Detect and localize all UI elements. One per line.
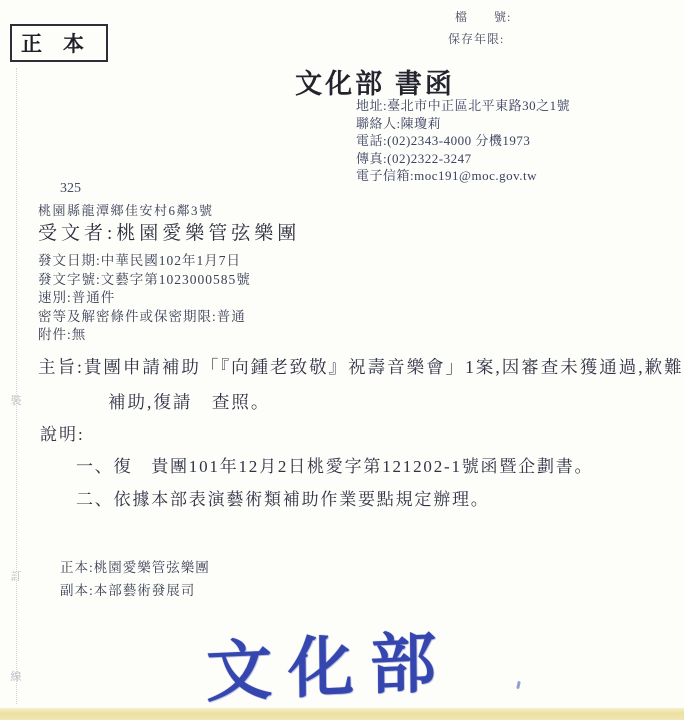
- contact-email-line: 電子信箱:moc191@moc.gov.tw: [356, 167, 570, 185]
- explanation-item: 一、復 貴團101年12月2日桃愛字第121202-1號函暨企劃書。: [76, 452, 593, 477]
- copy-to-cc: 副本:本部藝術發展司: [60, 579, 210, 602]
- file-number-block: 檔 號: 保存年限:: [448, 6, 511, 50]
- original-copy-stamp-box: 正 本: [10, 24, 108, 62]
- scan-edge-strip: [0, 708, 684, 720]
- contact-address-line: 地址:臺北市中正區北平東路30之1號: [356, 97, 570, 115]
- issue-date-line: 發文日期:中華民國102年1月7日: [38, 252, 251, 271]
- retention-period-label: 保存年限:: [448, 28, 511, 50]
- speed-class-line: 速別:普通件: [38, 289, 251, 308]
- ink-mark: [516, 681, 521, 689]
- document-title: 文化部 書函: [0, 62, 684, 101]
- issue-number-line: 發文字號:文藝字第1023000585號: [38, 271, 251, 290]
- binding-mark: 訂: [9, 568, 23, 584]
- agency-contact-block: 地址:臺北市中正區北平東路30之1號 聯絡人:陳瓊莉 電話:(02)2343-4…: [356, 97, 570, 185]
- explanation-item: 二、依據本部表演藝術類補助作業要點規定辦理。: [76, 485, 490, 510]
- binding-dotted-line: [16, 68, 17, 704]
- contact-fax-line: 傳真:(02)2322-3247: [356, 150, 570, 168]
- original-copy-stamp-label: 正 本: [21, 28, 84, 58]
- security-class-line: 密等及解密條件或保密期限:普通: [38, 308, 251, 327]
- explanation-heading: 說明:: [40, 420, 85, 445]
- attachment-line: 附件:無: [38, 326, 251, 345]
- recipient-zip-code: 325: [60, 181, 81, 197]
- binding-mark: 線: [9, 668, 23, 684]
- subject-line: 主旨:貴團申請補助「『向鍾老致敬』祝壽音樂會」1案,因審查未獲通過,歉難補助,復…: [38, 350, 684, 420]
- recipient-address: 桃園縣龍潭鄉佳安村6鄰3號: [38, 200, 214, 219]
- file-number-label: 檔 號:: [448, 6, 511, 28]
- copies-block: 正本:桃園愛樂管弦樂團 副本:本部藝術發展司: [60, 556, 210, 602]
- official-letter-page: 裝 訂 線 正 本 檔 號: 保存年限: 文化部 書函 地址:臺北市中正區北平東…: [0, 0, 684, 720]
- copy-to-original: 正本:桃園愛樂管弦樂團: [60, 556, 210, 579]
- contact-phone-line: 電話:(02)2343-4000 分機1973: [356, 132, 570, 150]
- document-meta-block: 發文日期:中華民國102年1月7日 發文字號:文藝字第1023000585號 速…: [38, 252, 251, 345]
- recipient-line: 受文者:桃園愛樂管弦樂團: [38, 218, 300, 245]
- contact-person-line: 聯絡人:陳瓊莉: [356, 115, 570, 133]
- ministry-seal-stamp: 文化部: [206, 609, 453, 715]
- binding-mark: 裝: [9, 392, 23, 408]
